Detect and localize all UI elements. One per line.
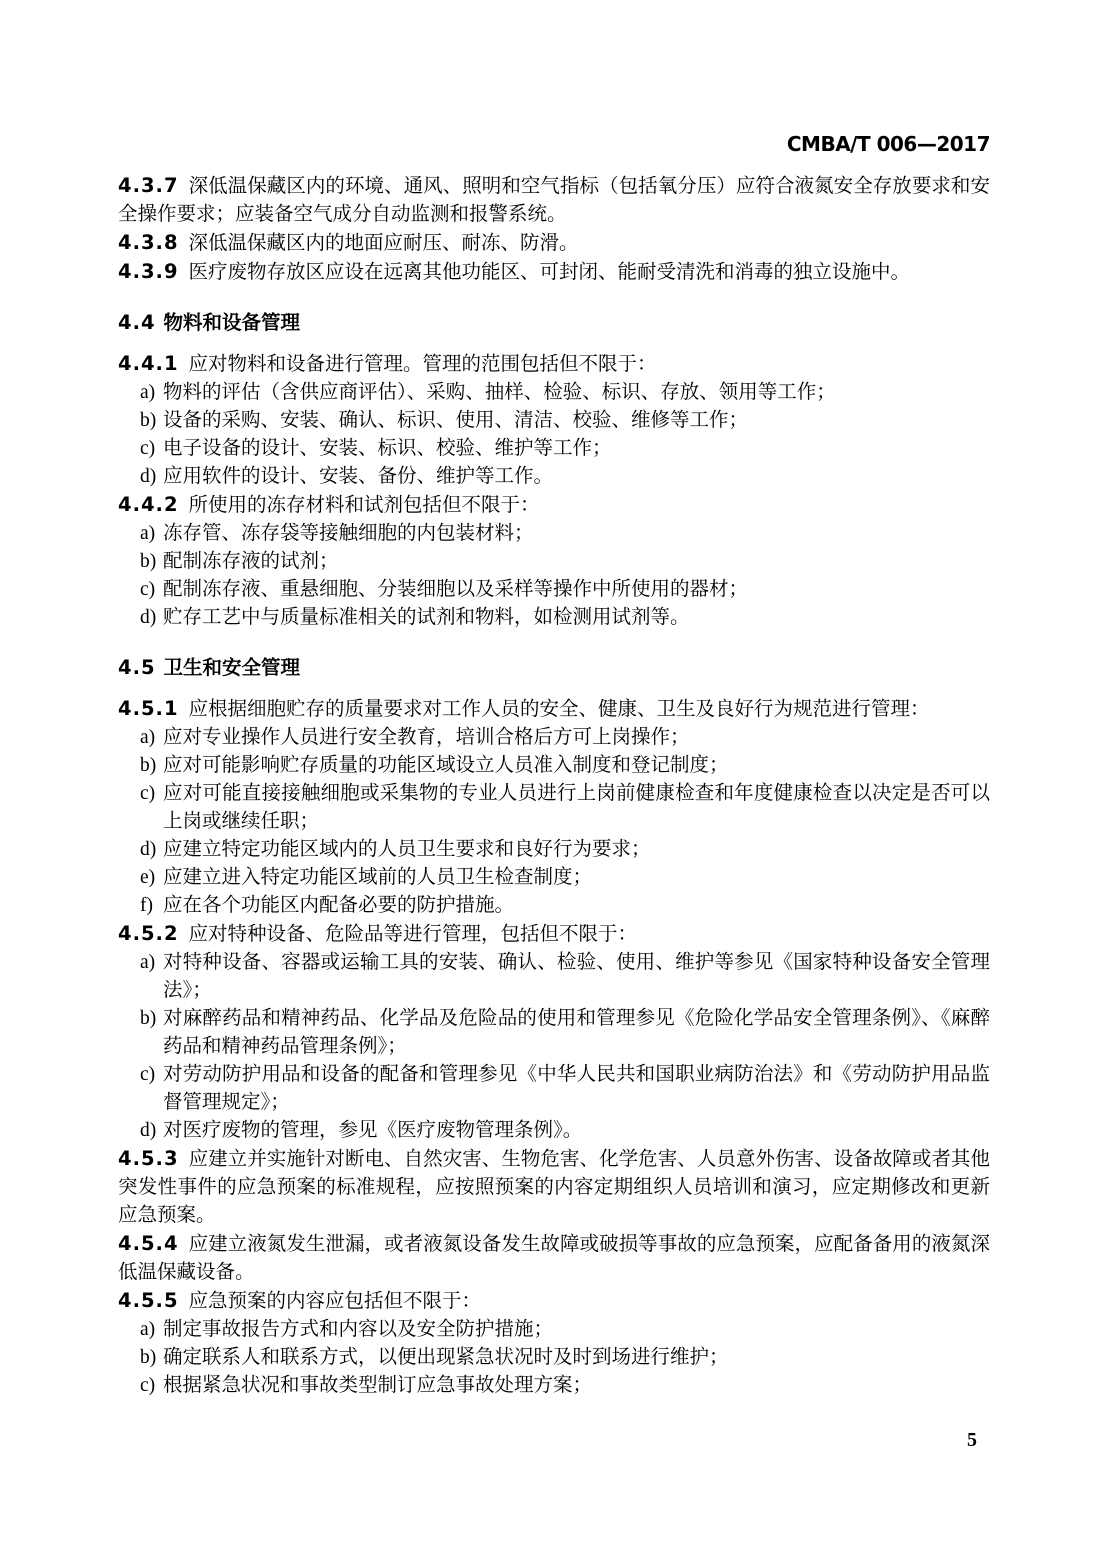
list-item-marker: d): [140, 836, 156, 864]
list-item: b)确定联系人和联系方式，以便出现紧急状况时及时到场进行维护；: [118, 1344, 990, 1372]
clause-paragraph: 4.5.1应根据细胞贮存的质量要求对工作人员的安全、健康、卫生及良好行为规范进行…: [118, 695, 990, 724]
list-item: b)对麻醉药品和精神药品、化学品及危险品的使用和管理参见《危险化学品安全管理条例…: [118, 1005, 990, 1061]
list-item-text: 设备的采购、安装、确认、标识、使用、清洁、校验、维修等工作；: [163, 410, 748, 431]
list-item-text: 制定事故报告方式和内容以及安全防护措施；: [163, 1319, 553, 1340]
clause-paragraph: 4.5.5应急预案的内容应包括但不限于：: [118, 1287, 990, 1316]
clause-number: 4.4.2: [118, 493, 179, 516]
list-item-marker: a): [140, 520, 155, 548]
list-item: e)应建立进入特定功能区域前的人员卫生检查制度；: [118, 864, 990, 892]
list-item-marker: b): [140, 548, 156, 576]
list-item-marker: a): [140, 379, 155, 407]
list-item-text: 应建立进入特定功能区域前的人员卫生检查制度；: [163, 867, 592, 888]
list-item: c)电子设备的设计、安装、标识、校验、维护等工作；: [118, 435, 990, 463]
clause-number: 4.5.1: [118, 697, 179, 720]
list-item-text: 应对可能直接接触细胞或采集物的专业人员进行上岗前健康检查和年度健康检查以决定是否…: [163, 783, 990, 832]
clause-number: 4.5.2: [118, 922, 179, 945]
list-item-text: 应对可能影响贮存质量的功能区域设立人员准入制度和登记制度；: [163, 755, 729, 776]
clause-paragraph: 4.4.1应对物料和设备进行管理。管理的范围包括但不限于：: [118, 350, 990, 379]
clause-paragraph: 4.3.8深低温保藏区内的地面应耐压、耐冻、防滑。: [118, 229, 990, 258]
clause-text: 应对特种设备、危险品等进行管理，包括但不限于：: [189, 924, 638, 945]
clause-paragraph: 4.4.2所使用的冻存材料和试剂包括但不限于：: [118, 491, 990, 520]
list-item-text: 配制冻存液的试剂；: [163, 551, 339, 572]
list-item-text: 应建立特定功能区域内的人员卫生要求和良好行为要求；: [163, 839, 651, 860]
section-title: 卫生和安全管理: [164, 656, 301, 679]
list-item-text: 应用软件的设计、安装、备份、维护等工作。: [163, 466, 553, 487]
list-item-marker: a): [140, 1316, 155, 1344]
list-item: f)应在各个功能区内配备必要的防护措施。: [118, 892, 990, 920]
list-item: a)制定事故报告方式和内容以及安全防护措施；: [118, 1316, 990, 1344]
clause-paragraph: 4.3.9医疗废物存放区应设在远离其他功能区、可封闭、能耐受清洗和消毒的独立设施…: [118, 258, 990, 287]
list-item-text: 对医疗废物的管理，参见《医疗废物管理条例》。: [163, 1120, 582, 1141]
section-heading: 4.4物料和设备管理: [118, 309, 990, 337]
clause-number: 4.5: [118, 656, 156, 679]
clause-text: 应对物料和设备进行管理。管理的范围包括但不限于：: [189, 354, 657, 375]
list-item-marker: c): [140, 576, 155, 604]
clause-text: 应建立液氮发生泄漏，或者液氮设备发生故障或破损等事故的应急预案，应配备备用的液氮…: [118, 1234, 990, 1283]
section-title: 物料和设备管理: [164, 311, 301, 334]
list-item-marker: b): [140, 1344, 156, 1372]
list-item: d)贮存工艺中与质量标准相关的试剂和物料，如检测用试剂等。: [118, 604, 990, 632]
clause-paragraph: 4.5.4应建立液氮发生泄漏，或者液氮设备发生故障或破损等事故的应急预案，应配备…: [118, 1230, 990, 1287]
list-item-marker: d): [140, 1117, 156, 1145]
list-item-text: 物料的评估（含供应商评估）、采购、抽样、检验、标识、存放、领用等工作；: [163, 382, 836, 403]
clause-number: 4.3.9: [118, 260, 179, 283]
clause-text: 应建立并实施针对断电、自然灾害、生物危害、化学危害、人员意外伤害、设备故障或者其…: [118, 1149, 990, 1226]
list-item: c)根据紧急状况和事故类型制订应急事故处理方案；: [118, 1372, 990, 1400]
document-content: 4.3.7深低温保藏区内的环境、通风、照明和空气指标（包括氧分压）应符合液氮安全…: [118, 172, 990, 1400]
list-item-text: 应对专业操作人员进行安全教育，培训合格后方可上岗操作；: [163, 727, 690, 748]
clause-number: 4.4: [118, 311, 156, 334]
list-item-marker: c): [140, 780, 155, 808]
clause-text: 应急预案的内容应包括但不限于：: [189, 1291, 482, 1312]
list-item: b)设备的采购、安装、确认、标识、使用、清洁、校验、维修等工作；: [118, 407, 990, 435]
list-item-text: 应在各个功能区内配备必要的防护措施。: [163, 895, 514, 916]
list-item-text: 根据紧急状况和事故类型制订应急事故处理方案；: [163, 1375, 592, 1396]
list-item-marker: a): [140, 724, 155, 752]
page-header: CMBA/T 006—2017: [787, 132, 990, 156]
list-item-marker: c): [140, 1372, 155, 1400]
standard-number: CMBA/T 006—2017: [787, 132, 990, 156]
list-item: a)物料的评估（含供应商评估）、采购、抽样、检验、标识、存放、领用等工作；: [118, 379, 990, 407]
list-item-marker: d): [140, 463, 156, 491]
list-item-marker: e): [140, 864, 155, 892]
clause-number: 4.5.3: [118, 1147, 179, 1170]
list-item-marker: f): [140, 892, 153, 920]
clause-number: 4.3.7: [118, 174, 179, 197]
list-item: d)应建立特定功能区域内的人员卫生要求和良好行为要求；: [118, 836, 990, 864]
list-item: a)对特种设备、容器或运输工具的安装、确认、检验、使用、维护等参见《国家特种设备…: [118, 949, 990, 1005]
list-item-text: 冻存管、冻存袋等接触细胞的内包装材料；: [163, 523, 534, 544]
list-item-marker: b): [140, 407, 156, 435]
list-item-text: 确定联系人和联系方式，以便出现紧急状况时及时到场进行维护；: [163, 1347, 729, 1368]
clause-paragraph: 4.3.7深低温保藏区内的环境、通风、照明和空气指标（包括氧分压）应符合液氮安全…: [118, 172, 990, 229]
clause-number: 4.5.5: [118, 1289, 179, 1312]
list-item: a)应对专业操作人员进行安全教育，培训合格后方可上岗操作；: [118, 724, 990, 752]
clause-text: 深低温保藏区内的地面应耐压、耐冻、防滑。: [189, 233, 579, 254]
list-item: b)应对可能影响贮存质量的功能区域设立人员准入制度和登记制度；: [118, 752, 990, 780]
clause-number: 4.5.4: [118, 1232, 179, 1255]
list-item: d)应用软件的设计、安装、备份、维护等工作。: [118, 463, 990, 491]
clause-text: 深低温保藏区内的环境、通风、照明和空气指标（包括氧分压）应符合液氮安全存放要求和…: [118, 176, 990, 225]
page-number: 5: [967, 1429, 977, 1451]
list-item-text: 贮存工艺中与质量标准相关的试剂和物料，如检测用试剂等。: [163, 607, 690, 628]
list-item-text: 对特种设备、容器或运输工具的安装、确认、检验、使用、维护等参见《国家特种设备安全…: [163, 952, 990, 1001]
list-item: b)配制冻存液的试剂；: [118, 548, 990, 576]
list-item-marker: c): [140, 1061, 155, 1089]
list-item-text: 电子设备的设计、安装、标识、校验、维护等工作；: [163, 438, 612, 459]
list-item-text: 配制冻存液、重悬细胞、分装细胞以及采样等操作中所使用的器材；: [163, 579, 748, 600]
clause-paragraph: 4.5.3应建立并实施针对断电、自然灾害、生物危害、化学危害、人员意外伤害、设备…: [118, 1145, 990, 1230]
list-item: c)应对可能直接接触细胞或采集物的专业人员进行上岗前健康检查和年度健康检查以决定…: [118, 780, 990, 836]
clause-number: 4.4.1: [118, 352, 179, 375]
clause-text: 应根据细胞贮存的质量要求对工作人员的安全、健康、卫生及良好行为规范进行管理：: [189, 699, 930, 720]
document-page: CMBA/T 006—2017 4.3.7深低温保藏区内的环境、通风、照明和空气…: [0, 0, 1100, 1555]
list-item-marker: a): [140, 949, 155, 977]
list-item-marker: b): [140, 1005, 156, 1033]
list-item: d)对医疗废物的管理，参见《医疗废物管理条例》。: [118, 1117, 990, 1145]
list-item: c)对劳动防护用品和设备的配备和管理参见《中华人民共和国职业病防治法》和《劳动防…: [118, 1061, 990, 1117]
clause-text: 医疗废物存放区应设在远离其他功能区、可封闭、能耐受清洗和消毒的独立设施中。: [189, 262, 911, 283]
list-item: c)配制冻存液、重悬细胞、分装细胞以及采样等操作中所使用的器材；: [118, 576, 990, 604]
page-footer: 5: [967, 1429, 977, 1452]
list-item-marker: b): [140, 752, 156, 780]
section-heading: 4.5卫生和安全管理: [118, 654, 990, 682]
list-item-marker: d): [140, 604, 156, 632]
clause-paragraph: 4.5.2应对特种设备、危险品等进行管理，包括但不限于：: [118, 920, 990, 949]
list-item-text: 对麻醉药品和精神药品、化学品及危险品的使用和管理参见《危险化学品安全管理条例》、…: [163, 1008, 990, 1057]
list-item-marker: c): [140, 435, 155, 463]
list-item-text: 对劳动防护用品和设备的配备和管理参见《中华人民共和国职业病防治法》和《劳动防护用…: [163, 1064, 990, 1113]
list-item: a)冻存管、冻存袋等接触细胞的内包装材料；: [118, 520, 990, 548]
clause-text: 所使用的冻存材料和试剂包括但不限于：: [189, 495, 540, 516]
clause-number: 4.3.8: [118, 231, 179, 254]
